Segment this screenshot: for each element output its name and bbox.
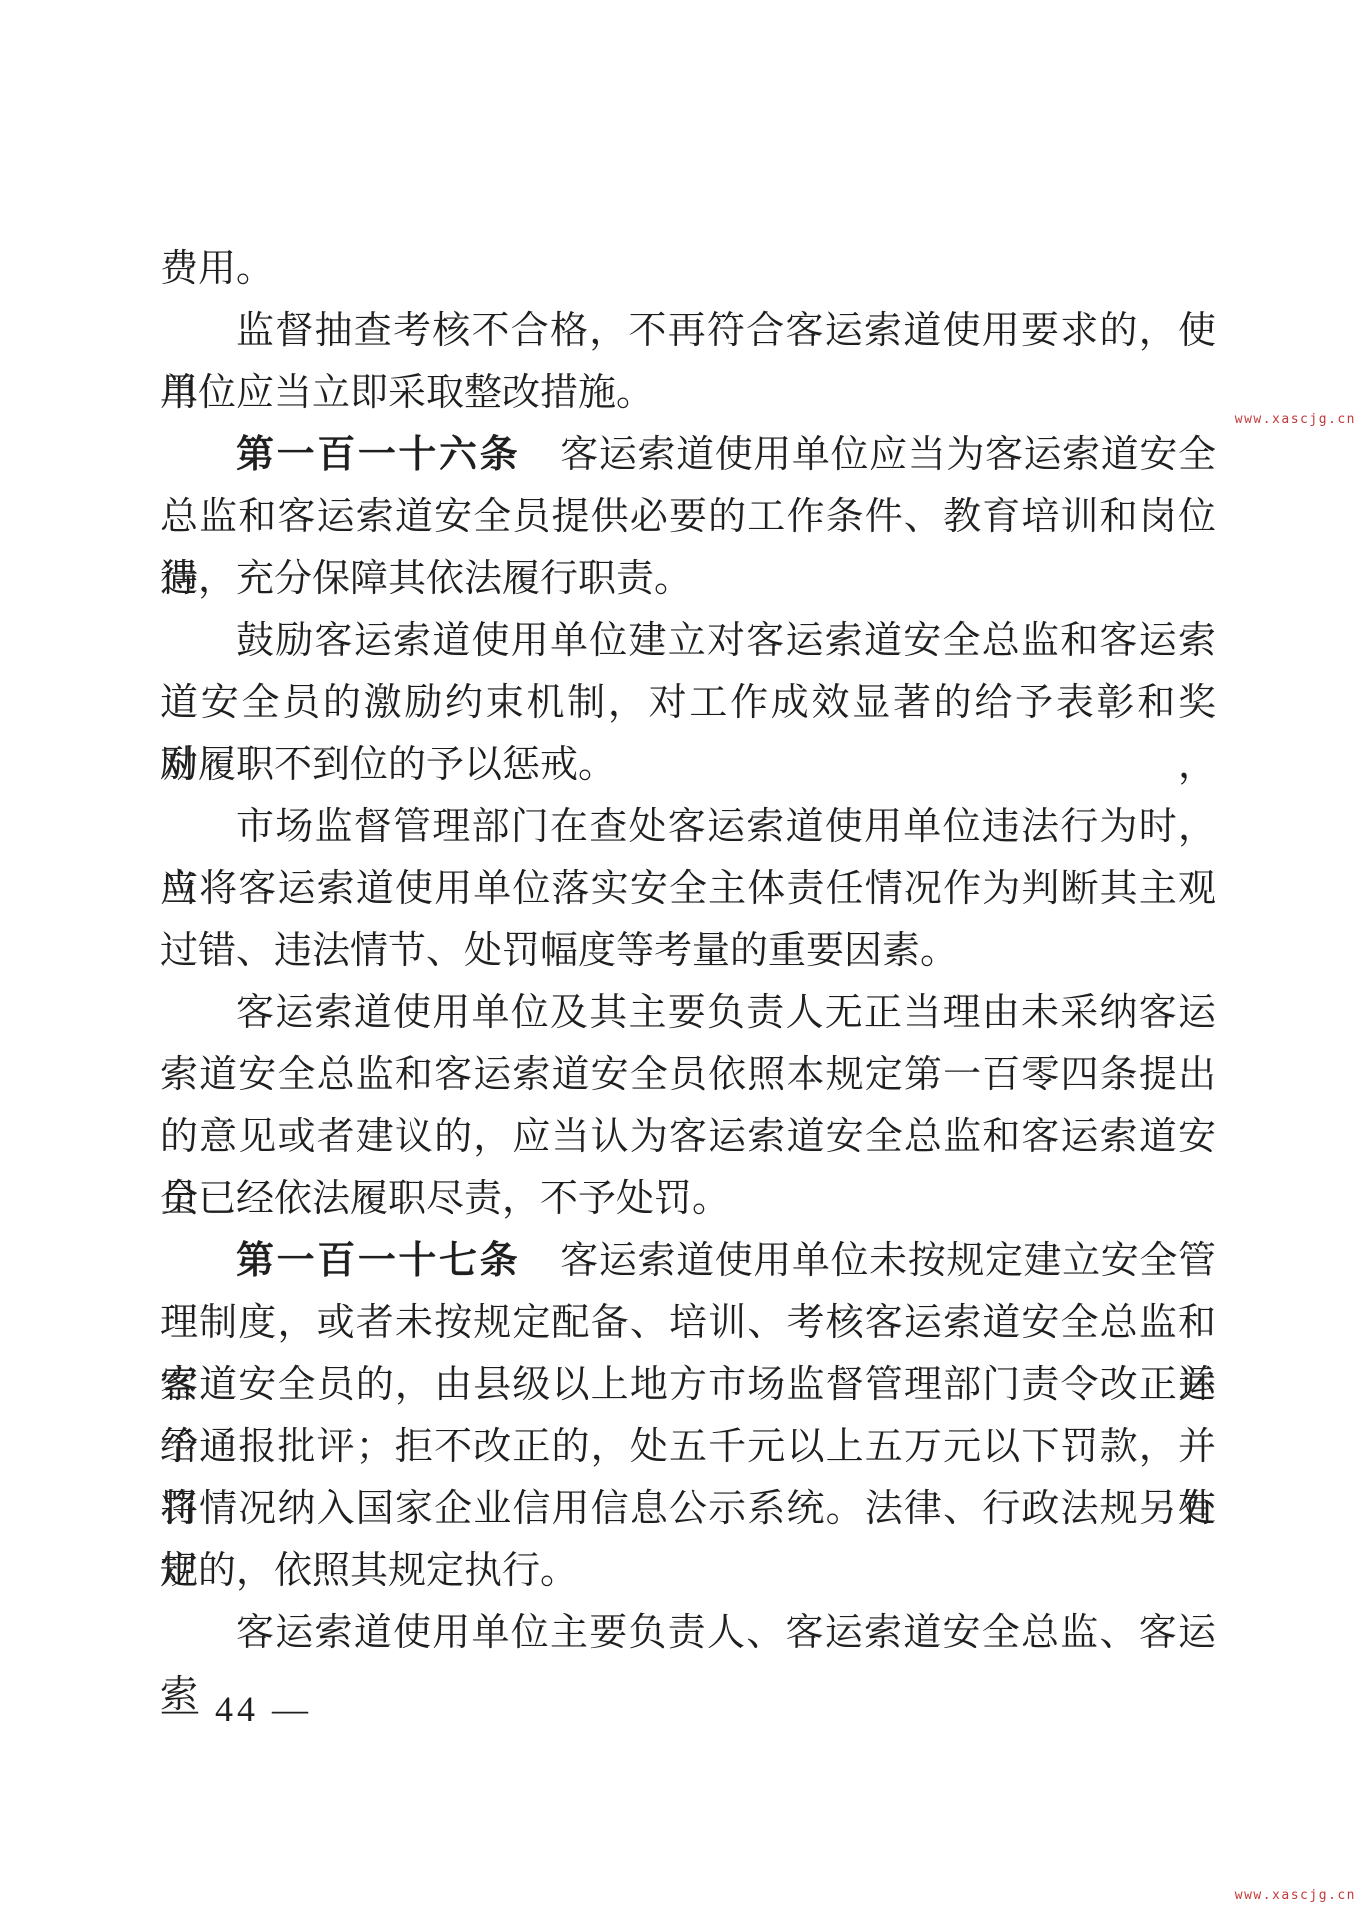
article-number: 第一百一十七条 <box>236 1240 520 1282</box>
text-line: 总监和客运索道安全员提供必要的工作条件、教育培训和岗位待 <box>160 486 1216 548</box>
text-line: 定的，依照其规定执行。 <box>160 1540 1216 1602</box>
document-page: 费用。监督抽查考核不合格，不再符合客运索道使用要求的，使用单位应当立即采取整改措… <box>0 0 1361 1909</box>
text-line: 客运索道使用单位及其主要负责人无正当理由未采纳客运 <box>160 982 1216 1044</box>
text-line: 索道安全总监和客运索道安全员依照本规定第一百零四条提出 <box>160 1044 1216 1106</box>
text-line: 员已经依法履职尽责，不予处罚。 <box>160 1168 1216 1230</box>
text-line: 遇，充分保障其依法履行职责。 <box>160 548 1216 610</box>
text-line: 第一百一十七条客运索道使用单位未按规定建立安全管 <box>160 1230 1216 1292</box>
text-line: 客运索道使用单位主要负责人、客运索道安全总监、客运索 <box>160 1602 1216 1664</box>
text-line: 监督抽查考核不合格，不再符合客运索道使用要求的，使用 <box>160 300 1216 362</box>
text-line: 道安全员的激励约束机制，对工作成效显著的给予表彰和奖励， <box>160 672 1216 734</box>
text-line: 过错、违法情节、处罚幅度等考量的重要因素。 <box>160 920 1216 982</box>
text-line: 的意见或者建议的，应当认为客运索道安全总监和客运索道安全 <box>160 1106 1216 1168</box>
text-line: 市场监督管理部门在查处客运索道使用单位违法行为时，应 <box>160 796 1216 858</box>
watermark-mid-right: www.xascjg.cn <box>1235 412 1356 427</box>
article-text: 客运索道使用单位未按规定建立安全管 <box>560 1240 1216 1282</box>
text-line: 费用。 <box>160 238 1216 300</box>
text-block: 费用。监督抽查考核不合格，不再符合客运索道使用要求的，使用单位应当立即采取整改措… <box>160 238 1216 1664</box>
text-line: 予通报批评；拒不改正的，处五千元以上五万元以下罚款，并将处 <box>160 1416 1216 1478</box>
text-line: 理制度，或者未按规定配备、培训、考核客运索道安全总监和客运 <box>160 1292 1216 1354</box>
watermark-bottom-right: www.xascjg.cn <box>1235 1888 1356 1903</box>
text-line: 索道安全员的，由县级以上地方市场监督管理部门责令改正并给 <box>160 1354 1216 1416</box>
text-line: 当将客运索道使用单位落实安全主体责任情况作为判断其主观 <box>160 858 1216 920</box>
article-number: 第一百一十六条 <box>236 434 520 476</box>
text-line: 第一百一十六条客运索道使用单位应当为客运索道安全 <box>160 424 1216 486</box>
text-line: 鼓励客运索道使用单位建立对客运索道安全总监和客运索 <box>160 610 1216 672</box>
article-text: 客运索道使用单位应当为客运索道安全 <box>560 434 1216 476</box>
text-line: 罚情况纳入国家企业信用信息公示系统。法律、行政法规另有规 <box>160 1478 1216 1540</box>
text-line: 单位应当立即采取整改措施。 <box>160 362 1216 424</box>
page-number: — 44 — <box>162 1688 312 1730</box>
